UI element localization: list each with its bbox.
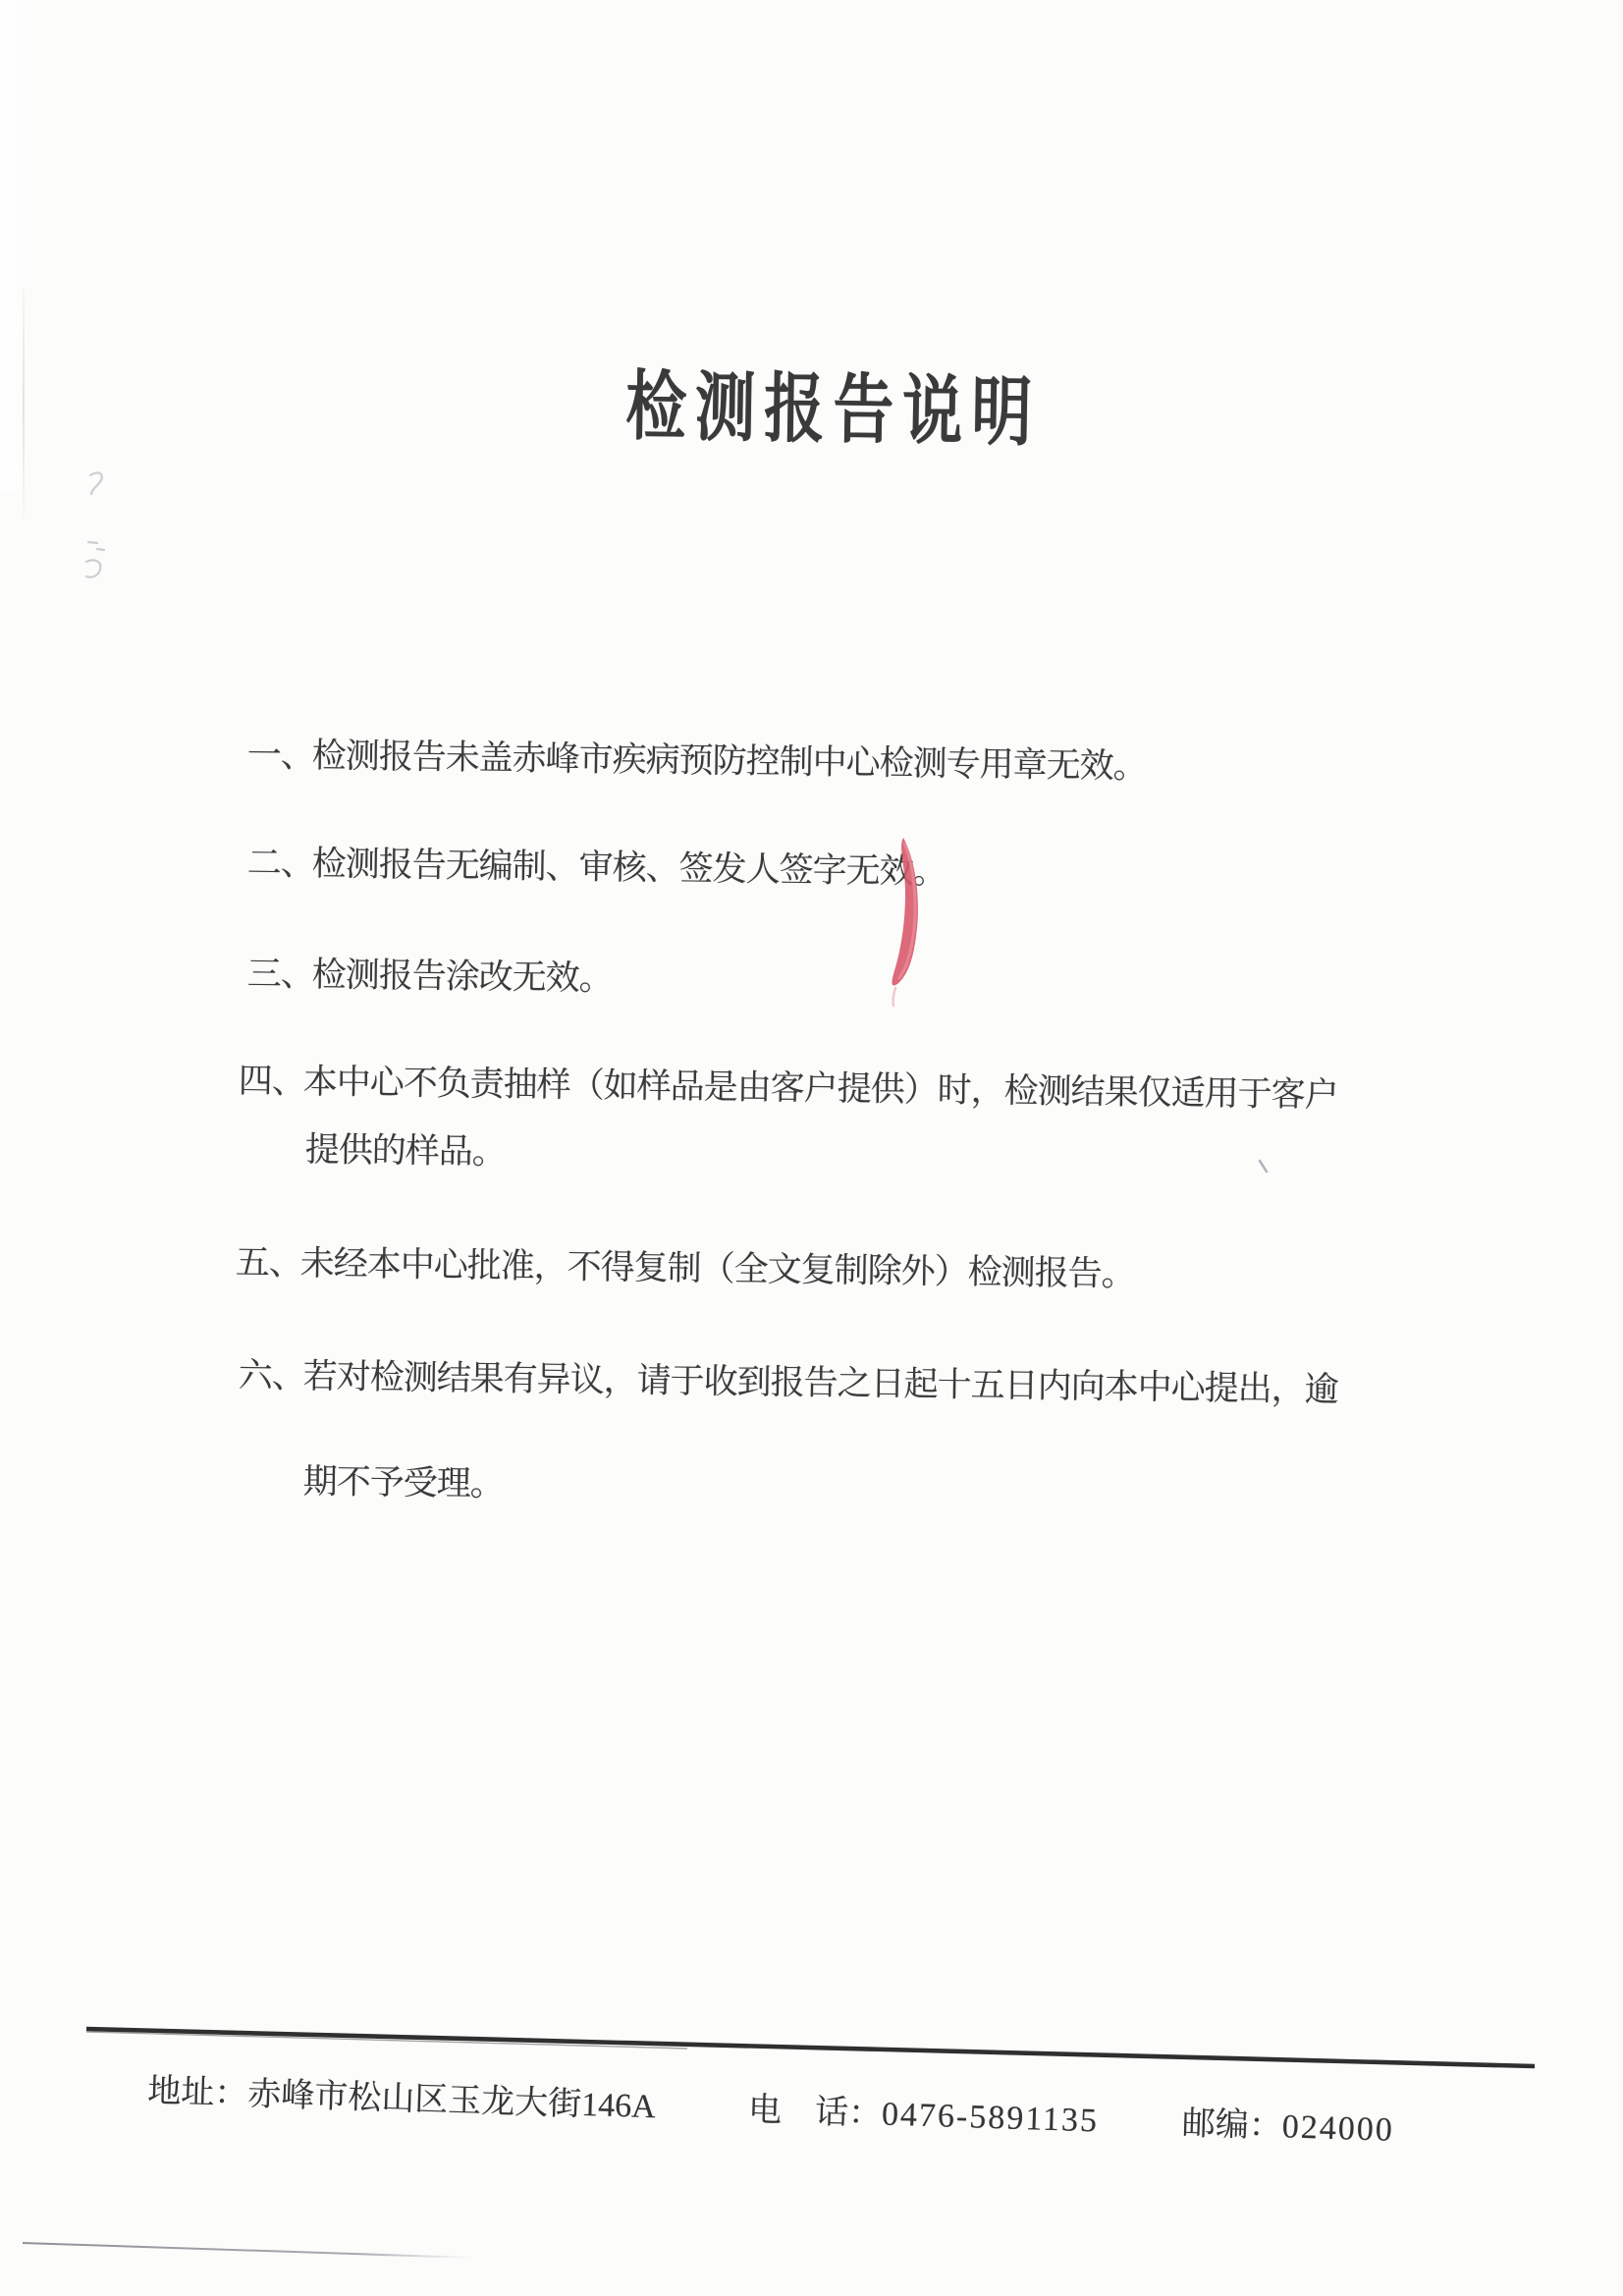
footer-address: 地址：赤峰市松山区玉龙大街146A	[147, 2072, 657, 2128]
list-item-6-line-2: 期不予受理。	[302, 1461, 504, 1505]
item-number: 二、	[246, 843, 312, 886]
address-label: 地址：	[147, 2073, 248, 2112]
item-text: 若对检测结果有异议，请于收到报告之日起十五日内向本中心提出，逾	[302, 1357, 1337, 1409]
list-item-4-line-2: 提供的样品。	[304, 1129, 506, 1174]
footer-phone: 电 话：0476-5891135	[747, 2091, 1099, 2142]
item-text: 本中心不负责抽样（如样品是由客户提供）时，检测结果仅适用于客户	[302, 1063, 1337, 1115]
footer: 地址：赤峰市松山区玉龙大街146A 电 话：0476-5891135 邮编：02…	[146, 2072, 1523, 2184]
scan-artifact-marks	[0, 0, 1623, 2296]
scan-edge-crease	[23, 290, 25, 520]
list-item-5: 五、未经本中心批准，不得复制（全文复制除外）检测报告。	[235, 1242, 1134, 1296]
phone-label: 电 话：	[748, 2092, 883, 2132]
item-text: 检测报告无编制、审核、签发人签字无效。	[311, 845, 946, 891]
footer-divider	[0, 0, 1623, 2296]
scan-edge-shadow	[0, 0, 29, 491]
item-number: 三、	[246, 954, 312, 997]
postcode-value: 024000	[1281, 2108, 1394, 2149]
item-text: 提供的样品。	[304, 1130, 506, 1172]
page-bottom-scan-line	[0, 0, 1623, 2296]
page-title: 检测报告说明	[625, 369, 1042, 452]
postcode-label: 邮编：	[1181, 2105, 1282, 2145]
item-number: 一、	[246, 735, 312, 778]
list-item-1: 一、检测报告未盖赤峰市疾病预防控制中心检测专用章无效。	[246, 735, 1146, 789]
item-number: 四、	[238, 1061, 303, 1104]
list-item-6-line-1: 六、若对检测结果有异议，请于收到报告之日起十五日内向本中心提出，逾	[238, 1355, 1337, 1411]
phone-value: 0476-5891135	[881, 2096, 1099, 2139]
item-text: 检测报告涂改无效。	[311, 956, 612, 998]
item-text: 期不予受理。	[302, 1462, 504, 1503]
item-text: 未经本中心批准，不得复制（全文复制除外）检测报告。	[299, 1244, 1134, 1293]
item-text: 检测报告未盖赤峰市疾病预防控制中心检测专用章无效。	[311, 737, 1146, 786]
red-pen-stroke	[0, 0, 1623, 2296]
report-notes-page: 检测报告说明 一、检测报告未盖赤峰市疾病预防控制中心检测专用章无效。 二、检测报…	[0, 0, 1623, 2296]
list-item-3: 三、检测报告涂改无效。	[246, 954, 613, 1001]
item-number: 六、	[238, 1355, 303, 1398]
list-item-2: 二、检测报告无编制、审核、签发人签字无效。	[246, 843, 947, 894]
address-value: 赤峰市松山区玉龙大街146A	[247, 2076, 657, 2125]
list-item-4-line-1: 四、本中心不负责抽样（如样品是由客户提供）时，检测结果仅适用于客户	[238, 1061, 1337, 1117]
item-number: 五、	[235, 1242, 300, 1285]
footer-postcode: 邮编：024000	[1181, 2105, 1394, 2152]
